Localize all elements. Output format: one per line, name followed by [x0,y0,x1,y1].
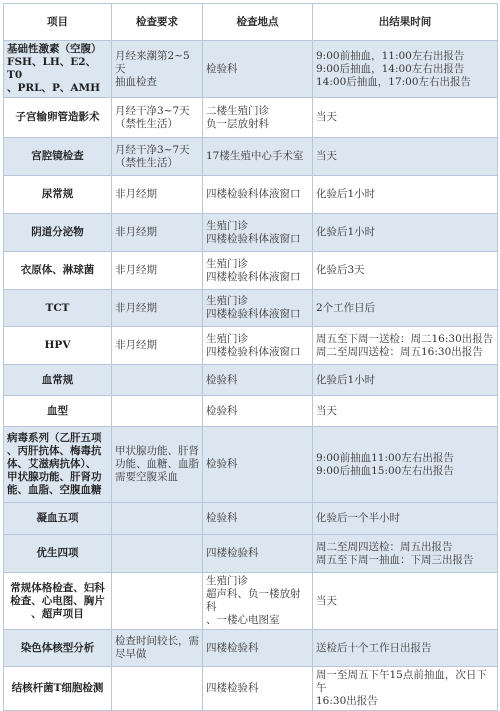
result-time: 送检后十个工作日出报告 [313,630,498,667]
item-name: 结核杆菌T细胞检测 [4,667,112,677]
requirement: 月经来潮第2~5天 抽血检查 [112,41,203,98]
exam-schedule-table: 项目 检查要求 检查地点 出结果时间 基础性激素（空腹） FSH、LH、E2、T… [3,3,498,676]
result-time: 当天 [313,573,498,630]
requirement [112,535,203,573]
table-row: 常规体格检查、妇科 检查、心电图、胸片 、超声项目 生殖门诊 超声科、负一楼放射… [4,573,498,630]
location: 四楼检验科 [203,630,313,667]
location: 检验科 [203,41,313,98]
result-time: 化验后1小时 [313,176,498,214]
requirement: 甲状腺功能、肝肾 功能、血糖、血脂 需要空腹采血 [112,427,203,503]
item-name: 宫腔镜检查 [4,138,112,176]
item-name: 阴道分泌物 [4,214,112,252]
table-row: 结核杆菌T细胞检测 四楼检验科 周一至周五下午15点前抽血，次日下午 16:30… [4,667,498,677]
table-row: 尿常规 非月经期 四楼检验科体液窗口 化验后1小时 [4,176,498,214]
requirement: 非月经期 [112,176,203,214]
header-location: 检查地点 [203,4,313,41]
requirement: 非月经期 [112,327,203,365]
requirement [112,396,203,427]
result-time: 化验后3天 [313,252,498,290]
result-time: 化验后1小时 [313,214,498,252]
location: 生殖门诊 四楼检验科体液窗口 [203,290,313,327]
result-time: 2个工作日后 [313,290,498,327]
location: 二楼生殖门诊 负一层放射科 [203,98,313,138]
requirement: 非月经期 [112,290,203,327]
item-name: 衣原体、淋球菌 [4,252,112,290]
item-name: 病毒系列（乙肝五项 、丙肝抗体、梅毒抗 体、艾滋病抗体）、 甲状腺功能、肝肾功 … [4,427,112,503]
table-row: HPV 非月经期 生殖门诊 四楼检验科体液窗口 周五至下周一送检：周二16:30… [4,327,498,365]
location: 检验科 [203,396,313,427]
item-name: 血型 [4,396,112,427]
location: 17楼生殖中心手术室 [203,138,313,176]
table-row: 血型 检验科 当天 [4,396,498,427]
requirement: 检查时间较长，需 尽早做 [112,630,203,667]
table-row: 病毒系列（乙肝五项 、丙肝抗体、梅毒抗 体、艾滋病抗体）、 甲状腺功能、肝肾功 … [4,427,498,503]
header-result-time: 出结果时间 [313,4,498,41]
result-time: 当天 [313,396,498,427]
table-row: 基础性激素（空腹） FSH、LH、E2、T0 、PRL、P、AMH 月经来潮第2… [4,41,498,98]
result-time: 当天 [313,138,498,176]
location: 生殖门诊 超声科、负一楼放射科 、一楼心电图室 [203,573,313,630]
requirement: 非月经期 [112,252,203,290]
item-name: 凝血五项 [4,503,112,535]
table-row: 染色体核型分析 检查时间较长，需 尽早做 四楼检验科 送检后十个工作日出报告 [4,630,498,667]
table-row: 子宫输卵管造影术 月经干净3~7天 （禁性生活） 二楼生殖门诊 负一层放射科 当… [4,98,498,138]
result-time: 周二至周四送检：周五出报告 周五至下周一抽血：下周三出报告 [313,535,498,573]
item-name: 尿常规 [4,176,112,214]
table-row: 宫腔镜检查 月经干净3~7天 （禁性生活） 17楼生殖中心手术室 当天 [4,138,498,176]
requirement [112,365,203,396]
item-name: TCT [4,290,112,327]
location: 生殖门诊 四楼检验科体液窗口 [203,327,313,365]
location: 四楼检验科体液窗口 [203,176,313,214]
result-time: 化验后一个半小时 [313,503,498,535]
item-name: 基础性激素（空腹） FSH、LH、E2、T0 、PRL、P、AMH [4,41,112,98]
table-row: 优生四项 四楼检验科 周二至周四送检：周五出报告 周五至下周一抽血：下周三出报告 [4,535,498,573]
location: 生殖门诊 四楼检验科体液窗口 [203,252,313,290]
location: 检验科 [203,365,313,396]
requirement [112,573,203,630]
location: 四楼检验科 [203,535,313,573]
header-item: 项目 [4,4,112,41]
result-time: 化验后1小时 [313,365,498,396]
item-name: 常规体格检查、妇科 检查、心电图、胸片 、超声项目 [4,573,112,630]
table-row: TCT 非月经期 生殖门诊 四楼检验科体液窗口 2个工作日后 [4,290,498,327]
location: 检验科 [203,427,313,503]
item-name: 血常规 [4,365,112,396]
result-time: 周一至周五下午15点前抽血，次日下午 16:30出报告 [313,667,498,677]
item-name: 染色体核型分析 [4,630,112,667]
requirement [112,667,203,677]
item-name: 优生四项 [4,535,112,573]
requirement: 月经干净3~7天 （禁性生活） [112,98,203,138]
result-time: 周五至下周一送检：周二16:30出报告 周二至周四送检：周五16:30出报告 [313,327,498,365]
location: 检验科 [203,503,313,535]
requirement: 月经干净3~7天 （禁性生活） [112,138,203,176]
table-row: 凝血五项 检验科 化验后一个半小时 [4,503,498,535]
table-row: 血常规 检验科 化验后1小时 [4,365,498,396]
result-time: 9:00前抽血11:00左右出报告 9:00后抽血15:00左右出报告 [313,427,498,503]
table-row: 阴道分泌物 非月经期 生殖门诊 四楼检验科体液窗口 化验后1小时 [4,214,498,252]
header-row: 项目 检查要求 检查地点 出结果时间 [4,4,498,41]
requirement [112,503,203,535]
location: 四楼检验科 [203,667,313,677]
requirement: 非月经期 [112,214,203,252]
result-time: 当天 [313,98,498,138]
location: 生殖门诊 四楼检验科体液窗口 [203,214,313,252]
result-time: 9:00前抽血，11:00左右出报告 9:00后抽血，14:00左右出报告 14… [313,41,498,98]
header-requirement: 检查要求 [112,4,203,41]
table-row: 衣原体、淋球菌 非月经期 生殖门诊 四楼检验科体液窗口 化验后3天 [4,252,498,290]
item-name: 子宫输卵管造影术 [4,98,112,138]
item-name: HPV [4,327,112,365]
